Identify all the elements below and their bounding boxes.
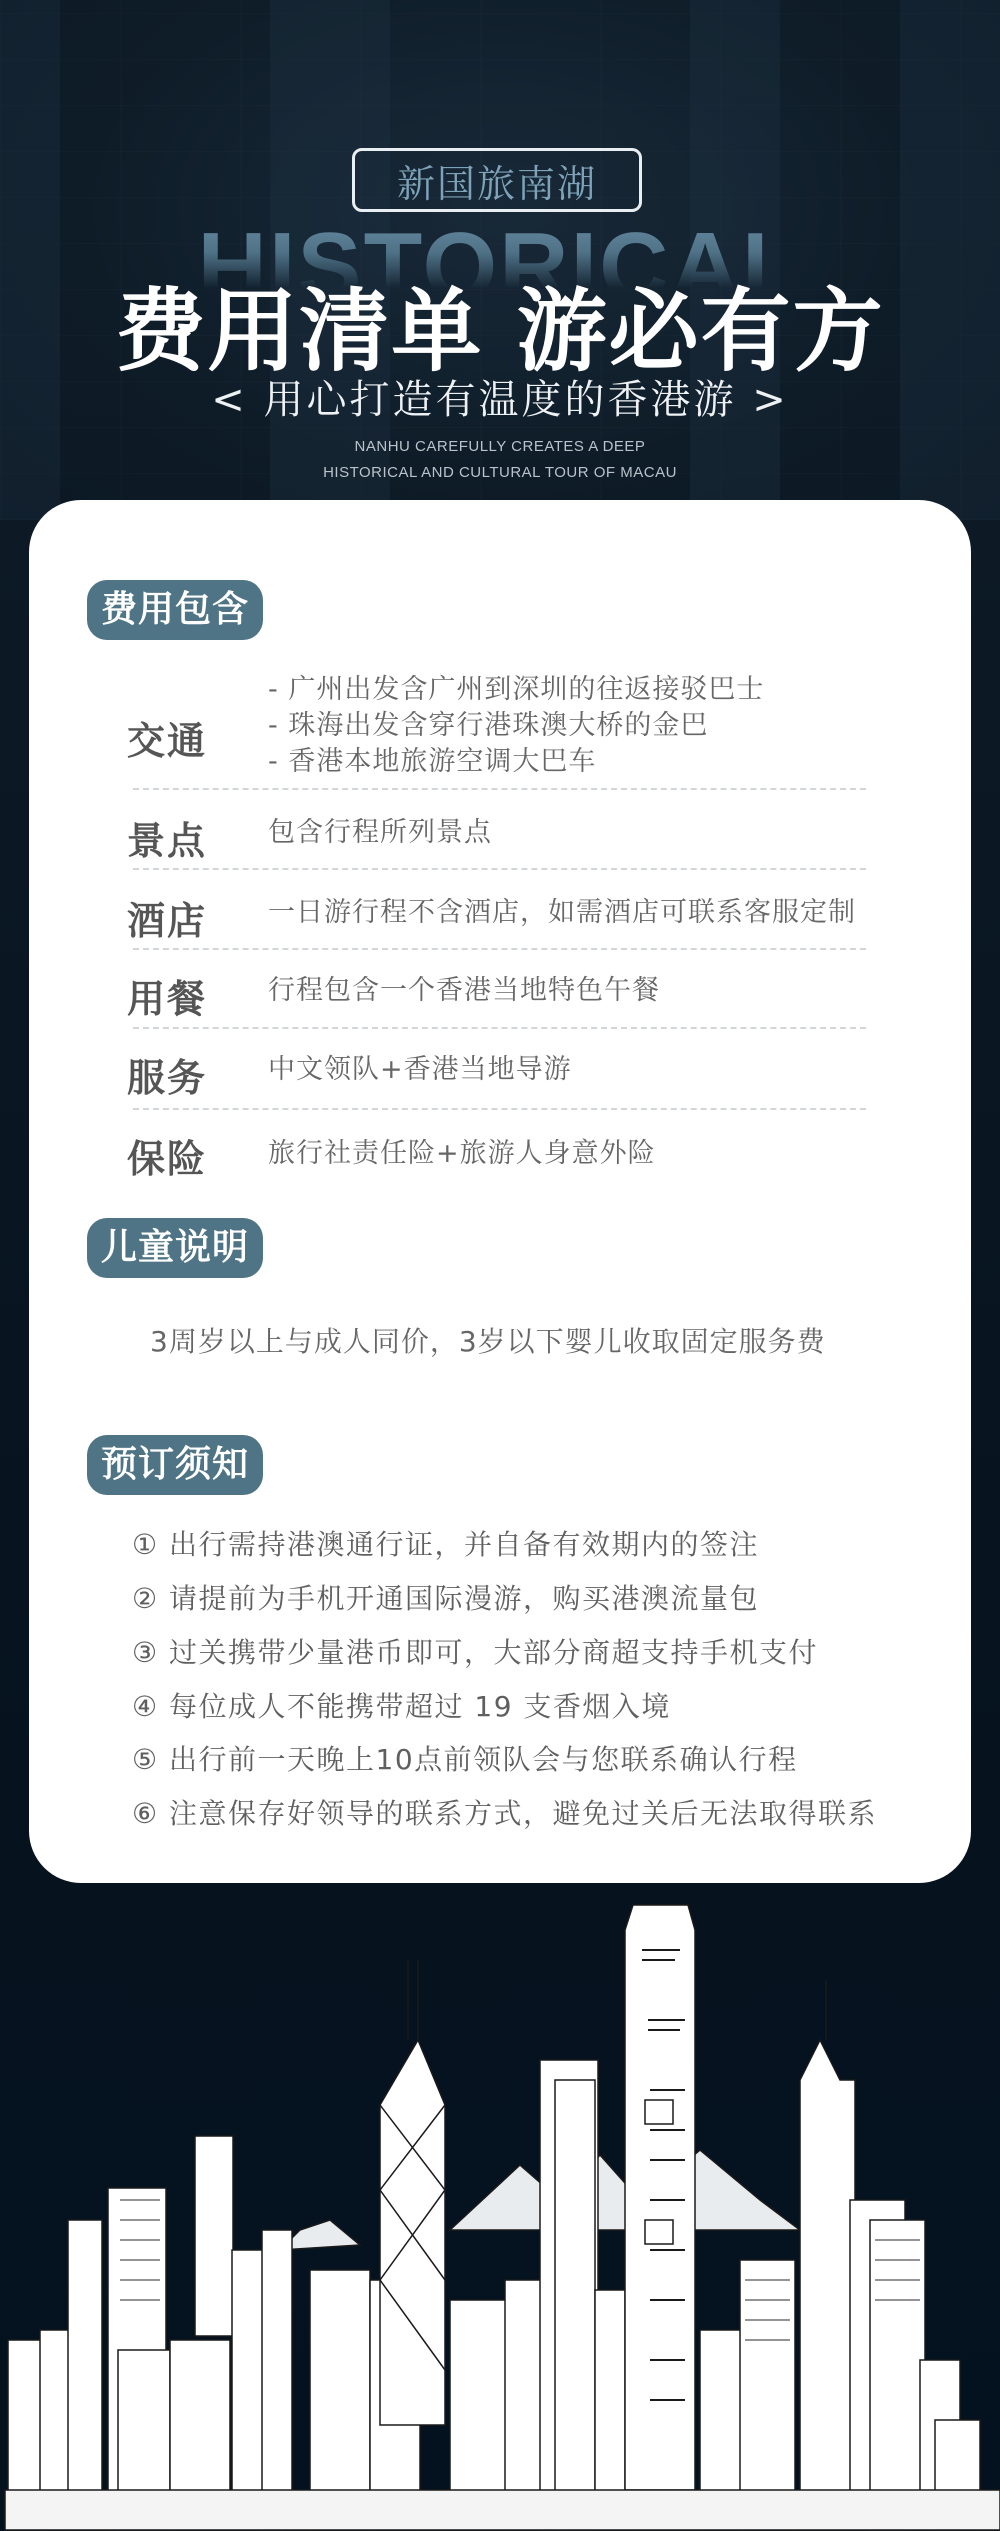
section-badge-booking-notice: 预订须知 <box>87 1435 263 1495</box>
fee-row-label: 交通 <box>127 710 207 765</box>
fee-row-service: 服务 中文领队+香港当地导游 <box>29 1037 971 1107</box>
section-badge-children: 儿童说明 <box>87 1218 263 1278</box>
fee-row-meals: 用餐 行程包含一个香港当地特色午餐 <box>29 958 971 1028</box>
fee-row-transport: 交通 - 广州出发含广州到深圳的往返接驳巴士 - 珠海出发含穿行港珠澳大桥的金巴… <box>29 668 971 788</box>
notice-item: ④ 每位成人不能携带超过 19 支香烟入境 <box>132 1685 671 1725</box>
fee-row-label: 用餐 <box>127 968 207 1023</box>
notice-item: ③ 过关携带少量港币即可，大部分商超支持手机支付 <box>132 1631 818 1671</box>
fee-row-value: 旅行社责任险+旅游人身意外险 <box>268 1136 656 1172</box>
fee-row-value: 行程包含一个香港当地特色午餐 <box>268 973 660 1009</box>
info-card: 费用包含 交通 - 广州出发含广州到深圳的往返接驳巴士 - 珠海出发含穿行港珠澳… <box>29 500 971 1883</box>
fee-row-label: 保险 <box>127 1128 207 1183</box>
transport-line: - 香港本地旅游空调大巴车 <box>268 744 764 780</box>
fee-row-value: 包含行程所列景点 <box>268 815 492 851</box>
page-subtitle: < 用心打造有温度的香港游 > <box>0 368 1000 425</box>
children-note: 3周岁以上与成人同价，3岁以下婴儿收取固定服务费 <box>150 1320 826 1360</box>
notice-item: ⑥ 注意保存好领导的联系方式，避免过关后无法取得联系 <box>132 1792 877 1832</box>
notice-item: ⑤ 出行前一天晚上10点前领队会与您联系确认行程 <box>132 1738 798 1778</box>
fee-row-label: 服务 <box>127 1047 207 1102</box>
row-divider <box>133 1108 866 1110</box>
hong-kong-skyline-illustration <box>0 1900 1000 2531</box>
transport-line: - 广州出发含广州到深圳的往返接驳巴士 <box>268 672 764 708</box>
english-tagline-1: NANHU CAREFULLY CREATES A DEEP <box>0 438 1000 455</box>
brand-text: 新国旅南湖 <box>397 153 597 208</box>
transport-line: - 珠海出发含穿行港珠澳大桥的金巴 <box>268 708 764 744</box>
fee-row-attractions: 景点 包含行程所列景点 <box>29 800 971 870</box>
row-divider <box>133 1027 866 1029</box>
fee-row-hotel: 酒店 一日游行程不含酒店，如需酒店可联系客服定制 <box>29 880 971 950</box>
row-divider <box>133 788 866 790</box>
english-tagline-2: HISTORICAL AND CULTURAL TOUR OF MACAU <box>0 464 1000 481</box>
row-divider <box>133 948 866 950</box>
fee-row-value: - 广州出发含广州到深圳的往返接驳巴士 - 珠海出发含穿行港珠澳大桥的金巴 - … <box>268 672 764 780</box>
fee-row-value: 一日游行程不含酒店，如需酒店可联系客服定制 <box>268 895 856 931</box>
notice-item: ① 出行需持港澳通行证，并自备有效期内的签注 <box>132 1523 759 1563</box>
fee-row-label: 景点 <box>127 810 207 865</box>
brand-label: 新国旅南湖 <box>352 148 642 212</box>
section-badge-fee-included: 费用包含 <box>87 580 263 640</box>
row-divider <box>133 868 866 870</box>
fee-row-insurance: 保险 旅行社责任险+旅游人身意外险 <box>29 1118 971 1188</box>
fee-row-value: 中文领队+香港当地导游 <box>268 1052 572 1088</box>
notice-item: ② 请提前为手机开通国际漫游，购买港澳流量包 <box>132 1577 759 1617</box>
fee-row-label: 酒店 <box>127 890 207 945</box>
